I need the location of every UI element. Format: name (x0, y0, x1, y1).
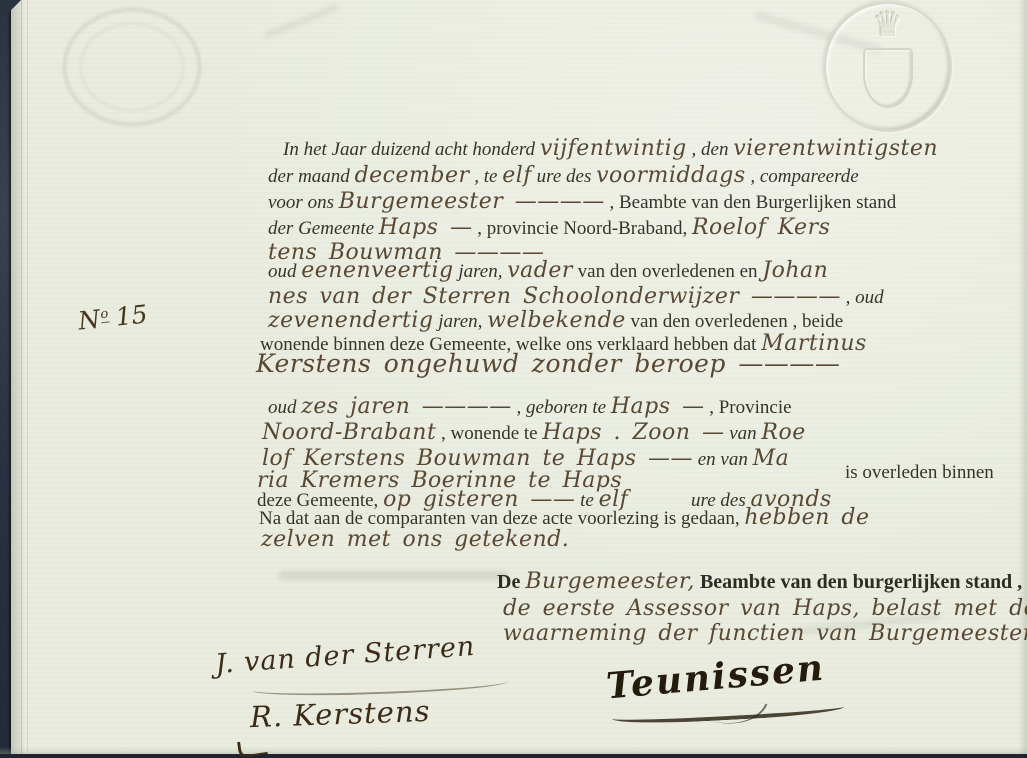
printed-text: , compareerde (746, 166, 859, 187)
handwritten-text: waarneming der functien van Burgemeester… (503, 621, 1027, 646)
handwritten-text: vierentwintigsten (733, 136, 938, 161)
text-line: is overleden binnen (845, 462, 994, 485)
handwritten-text: Noord-Brabant (262, 420, 436, 445)
partial-signature-stroke (237, 738, 268, 754)
act-number-prefix: N (77, 304, 102, 335)
handwritten-text: Ma (753, 446, 790, 471)
handwritten-text: zelven met ons getekend. (261, 527, 569, 552)
handwritten-text: zevenendertig (268, 308, 434, 333)
printed-text: , Beambte van den Burgerlijken stand (605, 192, 896, 213)
handwritten-text: Johan (762, 258, 828, 283)
printed-text: jaren, (454, 261, 508, 282)
handwritten-text: voormiddags (596, 163, 746, 188)
printed-text: , te (470, 166, 503, 187)
closing-formula-line: De Burgemeester, Beambte van den burgerl… (497, 569, 1022, 595)
binding-edge-corner (0, 0, 22, 16)
closing-formula-line: de eerste Assessor van Haps, belast met … (503, 596, 1027, 622)
handwritten-text: nes van der Sterren Schoolonderwijzer ——… (268, 284, 841, 309)
handwritten-text: Roelof Kers (692, 215, 830, 240)
printed-text: , geboren te (512, 397, 611, 418)
handwritten-text: Burgemeester, (525, 569, 695, 594)
act-number-value: 15 (114, 299, 149, 331)
embossed-seal: ♛ (824, 2, 952, 132)
printed-text: der maand (268, 166, 355, 187)
faint-ink-stamp (63, 8, 201, 126)
closing-formula-line: waarneming der functien van Burgemeester… (503, 621, 1027, 647)
text-line: In het Jaar duizend acht honderd vijfent… (283, 136, 938, 162)
signature-declarant-2: R. Kerstens (249, 694, 431, 734)
handwritten-text: Haps — (379, 215, 473, 240)
handwritten-text: december (355, 163, 470, 188)
handwritten-text: welbekende (487, 308, 626, 333)
handwritten-text: Kerstens ongehuwd zonder beroep ———— (256, 349, 840, 378)
handwritten-text: de eerste Assessor van Haps, belast met … (503, 596, 1027, 621)
handwritten-text: Haps — (611, 394, 705, 419)
handwritten-text: hebben de (744, 505, 869, 530)
handwritten-text: vijfentwintig (540, 136, 687, 161)
handwritten-text: Roe (761, 420, 805, 445)
printed-text: jaren, (434, 311, 488, 332)
text-line: voor ons Burgemeester ———— , Beambte van… (268, 189, 896, 215)
printed-text: is overleden binnen (845, 462, 994, 483)
bleedthrough-mark (263, 3, 340, 39)
text-line: zelven met ons getekend. (261, 527, 569, 553)
text-line: oud zes jaren ———— , geboren te Haps — ,… (268, 394, 792, 420)
printed-text: van den overledenen en (573, 261, 762, 282)
printed-text: ure des (532, 166, 596, 187)
printed-text: en van (693, 449, 753, 470)
fold-line (27, 0, 28, 754)
printed-text: Na dat aan de comparanten van deze acte … (259, 508, 744, 529)
text-line: Kerstens ongehuwd zonder beroep ———— (256, 349, 840, 379)
crown-icon: ♛ (873, 8, 903, 42)
bleedthrough-mark (279, 571, 507, 580)
printed-text: , Provincie (704, 397, 791, 418)
text-line: oud eenenveertig jaren, vader van den ov… (268, 258, 828, 284)
printed-text: oud (268, 397, 301, 418)
printed-text: In het Jaar duizend acht honderd (283, 139, 540, 160)
printed-text: van (724, 423, 761, 444)
handwritten-text: eenenveertig (301, 258, 453, 283)
coat-of-arms-shield-icon (863, 48, 913, 108)
handwritten-text: Haps . Zoon — (542, 420, 724, 445)
binding-edge (0, 0, 11, 754)
text-line: der Gemeente Haps — , provincie Noord-Br… (268, 215, 830, 241)
text-line: nes van der Sterren Schoolonderwijzer ——… (268, 284, 884, 310)
printed-text: oud (268, 261, 301, 282)
fold-line (21, 0, 22, 754)
page-edge-shadow (0, 747, 1027, 754)
handwritten-text: Burgemeester ———— (339, 189, 605, 214)
printed-text: De (497, 571, 525, 593)
handwritten-text: zes jaren ———— (301, 394, 512, 419)
printed-text: der Gemeente (268, 218, 379, 239)
handwritten-text: vader (507, 258, 573, 283)
printed-text: , oud (841, 287, 884, 308)
handwritten-text: elf (502, 163, 532, 188)
text-line: der maand december , te elf ure des voor… (268, 163, 859, 189)
printed-text: , den (687, 139, 733, 160)
printed-text: , provincie Noord-Braband, (472, 218, 692, 239)
text-line: Noord-Brabant , wonende te Haps . Zoon —… (262, 420, 806, 446)
printed-text: voor ons (268, 192, 339, 213)
printed-text: Beambte van den burgerlijken stand , (695, 571, 1022, 593)
printed-text: van den overledenen , beide (626, 311, 843, 332)
printed-text: , wonende te (436, 423, 542, 444)
scanned-death-record-page: ♛ No15 In het Jaar duizend acht honderd … (0, 0, 1027, 754)
act-number-ordinal: o (100, 306, 109, 323)
